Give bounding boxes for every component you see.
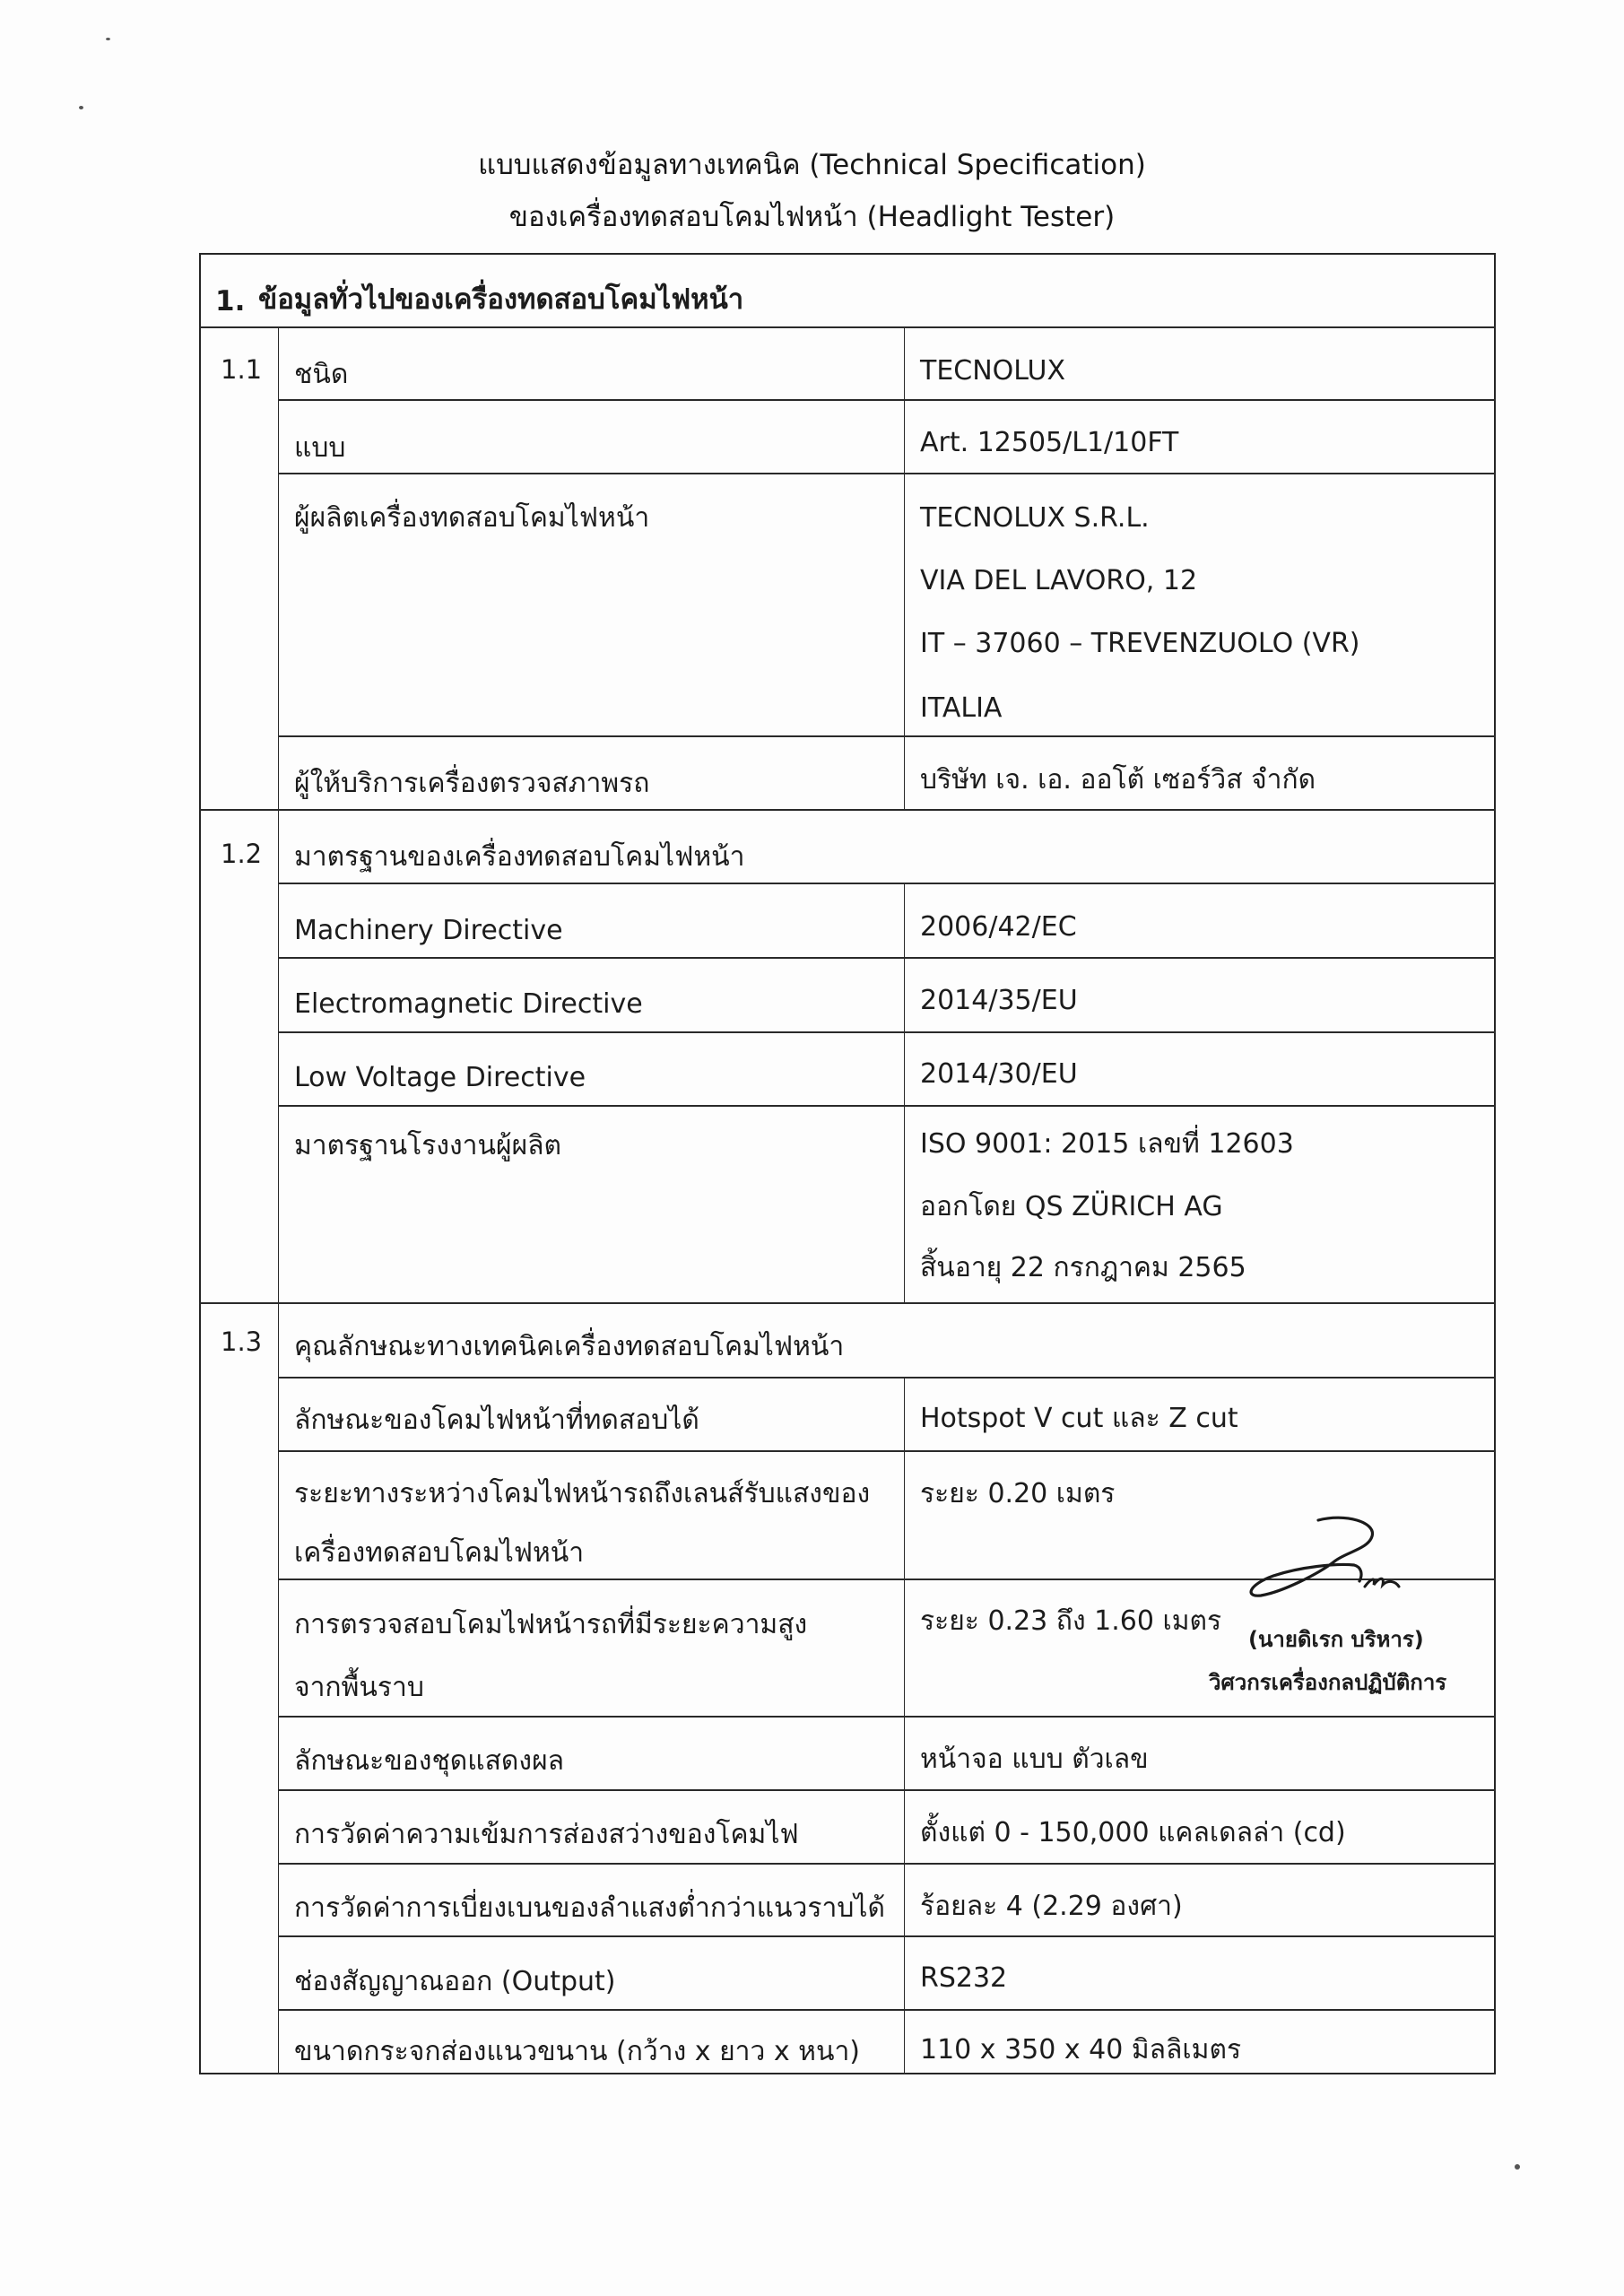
spec-label: ช่องสัญญาณออก (Output) xyxy=(294,1966,616,1998)
spec-value: 2006/42/EC xyxy=(920,911,1077,944)
divider xyxy=(278,1935,1496,1937)
subsection-number: 1.1 xyxy=(221,353,262,386)
spec-value: Art. 12505/L1/10FT xyxy=(920,427,1178,459)
spec-value: ระยะ 0.23 ถึง 1.60 เมตร xyxy=(920,1605,1221,1638)
scan-speck xyxy=(1515,2164,1520,2170)
spec-value: สิ้นอายุ 22 กรกฎาคม 2565 xyxy=(920,1252,1246,1284)
divider xyxy=(278,2009,1496,2011)
spec-label: การตรวจสอบโคมไฟหน้ารถที่มีระยะความสูง xyxy=(294,1609,807,1641)
subsection-title: มาตรฐานของเครื่องทดสอบโคมไฟหน้า xyxy=(294,841,744,874)
spec-label: การวัดค่าความเข้มการส่องสว่างของโคมไฟ xyxy=(294,1819,799,1851)
spec-value: TECNOLUX xyxy=(920,355,1065,387)
document-title: แบบแสดงข้อมูลทางเทคนิค (Technical Specif… xyxy=(0,147,1624,183)
divider xyxy=(278,473,1496,474)
spec-value: 110 x 350 x 40 มิลลิเมตร xyxy=(920,2034,1241,2066)
spec-value: ระยะ 0.20 เมตร xyxy=(920,1478,1115,1510)
spec-value: TECNOLUX S.R.L. xyxy=(920,502,1150,535)
spec-value: 2014/35/EU xyxy=(920,985,1078,1017)
spec-label: ขนาดกระจกส่องแนวขนาน (กว้าง x ยาว x หนา) xyxy=(294,2036,860,2068)
spec-label: Low Voltage Directive xyxy=(294,1062,586,1094)
divider xyxy=(278,883,1496,884)
column-divider xyxy=(904,326,905,809)
spec-value: ออกโดย QS ZÜRICH AG xyxy=(920,1191,1223,1223)
column-divider xyxy=(904,1377,905,2074)
subsection-number: 1.2 xyxy=(221,838,262,870)
spec-value: หน้าจอ แบบ ตัวเลข xyxy=(920,1744,1149,1776)
spec-label: เครื่องทดสอบโคมไฟหน้า xyxy=(294,1537,584,1570)
divider xyxy=(199,809,1496,811)
spec-value: Hotspot V cut และ Z cut xyxy=(920,1403,1238,1435)
spec-label: แบบ xyxy=(294,432,345,465)
spec-value: RS232 xyxy=(920,1962,1007,1995)
divider xyxy=(278,399,1496,401)
spec-label: ระยะทางระหว่างโคมไฟหน้ารถถึงเลนส์รับแสงข… xyxy=(294,1478,870,1510)
spec-value: VIA DEL LAVORO, 12 xyxy=(920,565,1197,597)
spec-label: มาตรฐานโรงงานผู้ผลิต xyxy=(294,1130,561,1162)
subsection-number: 1.3 xyxy=(221,1326,262,1358)
handwritten-signature-icon xyxy=(1229,1509,1426,1608)
spec-value: ISO 9001: 2015 เลขที่ 12603 xyxy=(920,1128,1294,1161)
divider xyxy=(278,957,1496,959)
spec-label: การวัดค่าการเบี่ยงเบนของลำแสงต่ำกว่าแนวร… xyxy=(294,1892,885,1925)
section-number: 1. xyxy=(215,285,245,317)
divider xyxy=(278,1789,1496,1791)
spec-label: ผู้ผลิตเครื่องทดสอบโคมไฟหน้า xyxy=(294,502,649,535)
spec-value: ตั้งแต่ 0 - 150,000 แคลเดลล่า (cd) xyxy=(920,1817,1346,1849)
spec-value: IT – 37060 – TREVENZUOLO (VR) xyxy=(920,628,1360,660)
divider xyxy=(278,1716,1496,1718)
spec-value: 2014/30/EU xyxy=(920,1058,1078,1091)
divider xyxy=(199,326,1496,328)
spec-label: ผู้ให้บริการเครื่องตรวจสภาพรถ xyxy=(294,768,649,800)
spec-value: ร้อยละ 4 (2.29 องศา) xyxy=(920,1891,1183,1923)
column-divider xyxy=(278,326,279,2074)
spec-label: Electromagnetic Directive xyxy=(294,988,643,1021)
divider xyxy=(278,1377,1496,1378)
document-subtitle: ของเครื่องทดสอบโคมไฟหน้า (Headlight Test… xyxy=(0,199,1624,235)
spec-label: Machinery Directive xyxy=(294,915,563,947)
spec-value: บริษัท เจ. เอ. ออโต้ เซอร์วิส จำกัด xyxy=(920,764,1316,796)
divider xyxy=(278,1031,1496,1033)
subsection-title: คุณลักษณะทางเทคนิคเครื่องทดสอบโคมไฟหน้า xyxy=(294,1331,844,1363)
spec-label: ชนิด xyxy=(294,359,348,391)
divider xyxy=(278,735,1496,737)
spec-label: จากพื้นราบ xyxy=(294,1672,424,1704)
section-title: ข้อมูลทั่วไปของเครื่องทดสอบโคมไฟหน้า xyxy=(258,283,743,316)
divider xyxy=(278,1450,1496,1452)
scan-speck xyxy=(106,38,110,40)
signatory-name: (นายดิเรก บริหาร) xyxy=(1248,1622,1424,1657)
signatory-position: วิศวกรเครื่องกลปฏิบัติการ xyxy=(1209,1665,1446,1700)
column-divider xyxy=(904,883,905,1302)
spec-label: ลักษณะของชุดแสดงผล xyxy=(294,1745,564,1778)
divider xyxy=(278,1863,1496,1865)
scan-speck xyxy=(79,106,83,109)
spec-label: ลักษณะของโคมไฟหน้าที่ทดสอบได้ xyxy=(294,1405,699,1437)
divider xyxy=(199,1302,1496,1304)
spec-value: ITALIA xyxy=(920,692,1002,725)
divider xyxy=(278,1105,1496,1107)
